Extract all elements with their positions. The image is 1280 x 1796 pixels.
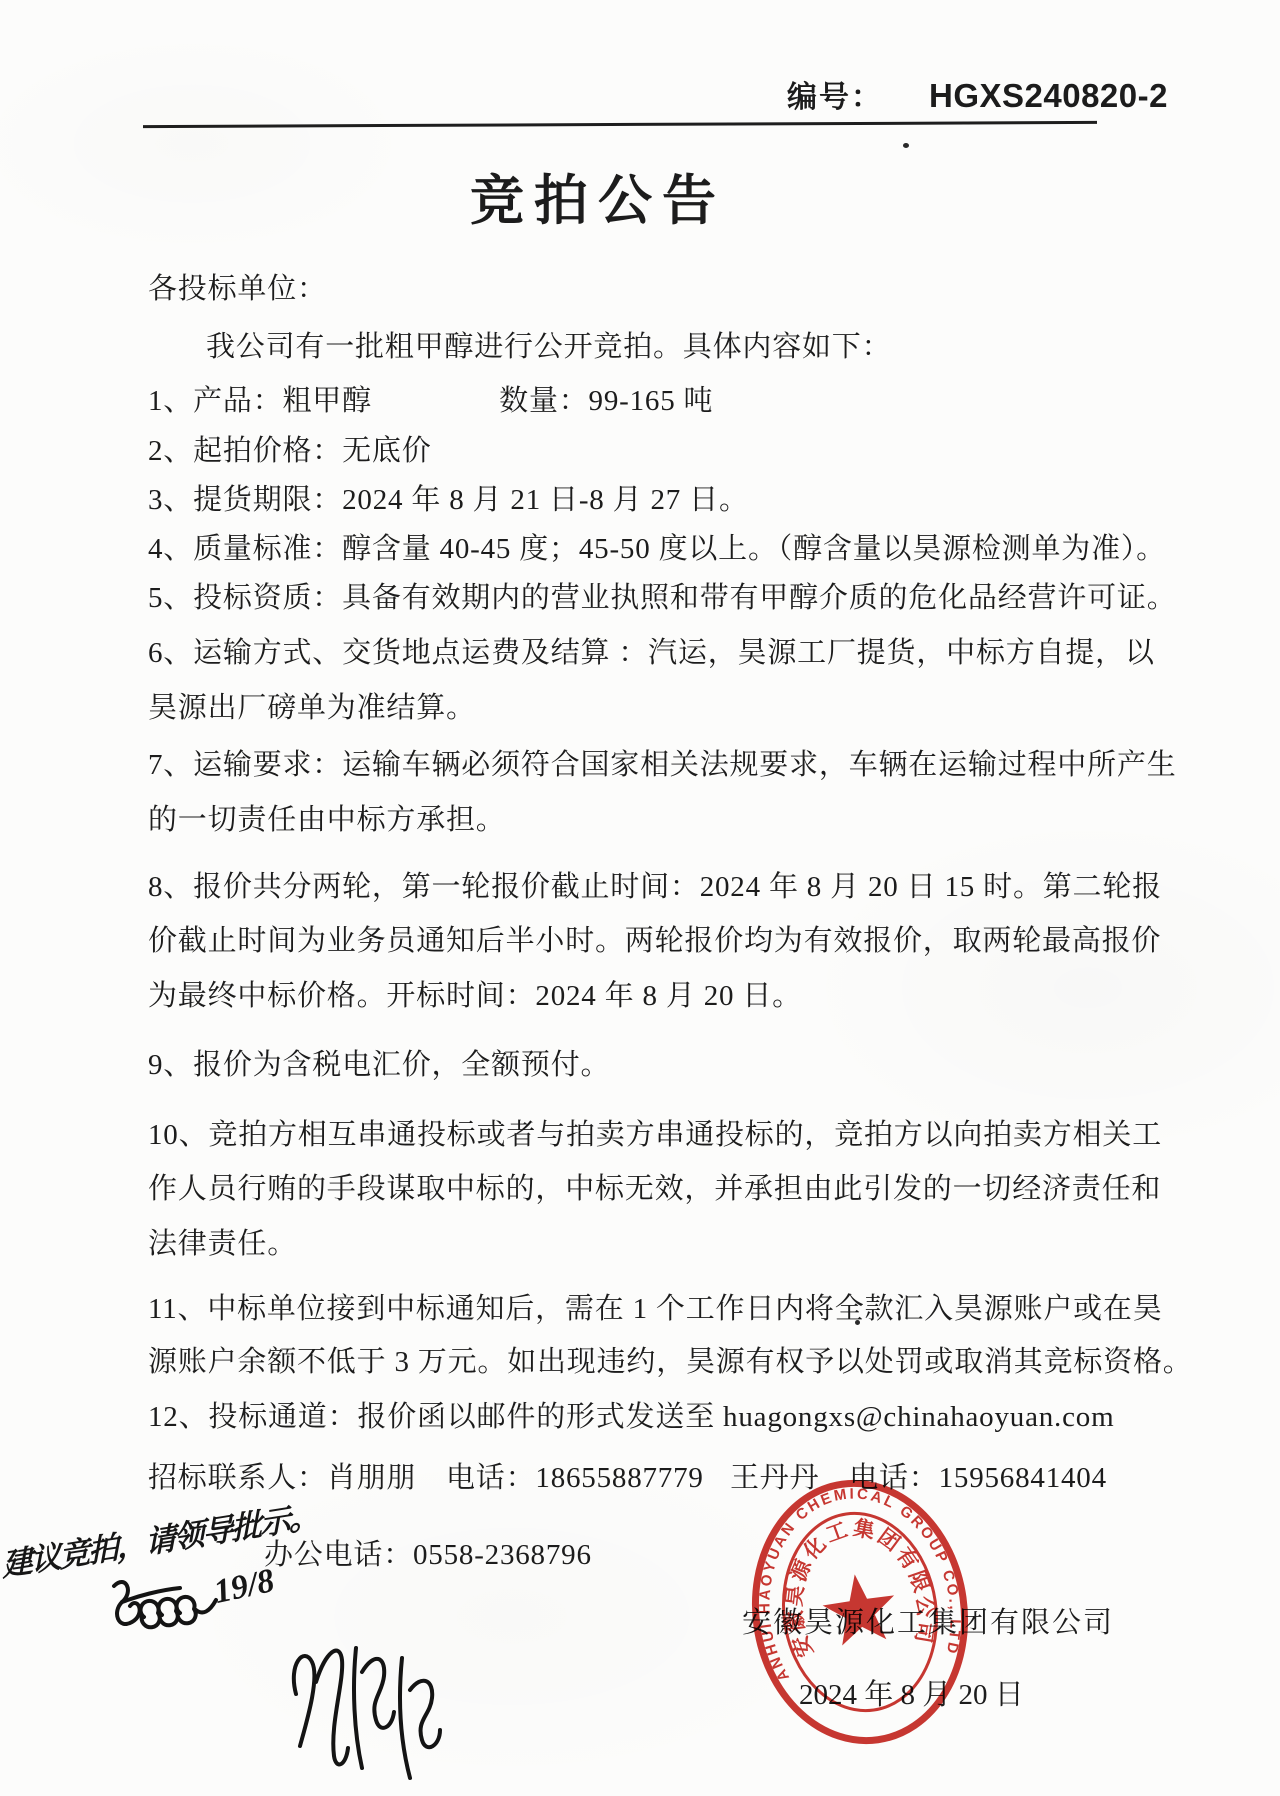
- seal-star-icon: [819, 1569, 900, 1647]
- company-seal: ANHUI HAOYUAN CHEMICAL GROUP CO., LTD 安徽…: [710, 1442, 1010, 1782]
- page-title: 竞拍公告: [148, 158, 1048, 235]
- salutation: 各投标单位：: [148, 266, 327, 307]
- body-line-5: 5、投标资质：具备有效期内的营业执照和带有甲醇介质的危化品经营许可证。: [148, 575, 1177, 616]
- body-line-2: 2、起拍价格：无底价: [148, 428, 432, 469]
- contact-primary: 招标联系人：肖朋朋 电话：18655887779: [148, 1455, 704, 1496]
- signature-scribble-left: [108, 1572, 258, 1650]
- body-line-11: 11、中标单位接到中标通知后，需在 1 个工作日内将全款汇入昊源账户或在昊: [148, 1286, 1163, 1327]
- body-line-10b: 作人员行贿的手段谋取中标的，中标无效，并承担由此引发的一切经济责任和: [148, 1166, 1161, 1207]
- body-line-12: 12、投标通道：报价函以邮件的形式发送至 huagongxs@chinahaoy…: [148, 1394, 1114, 1435]
- body-line-9: 9、报价为含税电汇价，全额预付。: [148, 1042, 610, 1083]
- scanned-auction-notice: 编号： HGXS240820-2 竞拍公告 各投标单位： 我公司有一批粗甲醇进行…: [0, 0, 1280, 1796]
- body-line-6b: 昊源出厂磅单为准结算。: [148, 685, 476, 726]
- body-line-6: 6、运输方式、交货地点运费及结算 ：汽运，昊源工厂提货，中标方自提，以: [148, 630, 1155, 671]
- body-line-7: 7、运输要求：运输车辆必须符合国家相关法规要求，车辆在运输过程中所产生: [148, 742, 1177, 783]
- body-line-1: 1、产品：粗甲醇 数量：99-165 吨: [148, 378, 713, 419]
- body-line-10: 10、竞拍方相互串通投标或者与拍卖方串通投标的，竞拍方以向拍卖方相关工: [148, 1112, 1162, 1153]
- doc-number-label: 编号：: [787, 72, 883, 116]
- office-phone: 办公电话：0558-2368796: [264, 1532, 592, 1573]
- doc-number: 编号： HGXS240820-2: [787, 72, 1168, 116]
- intro-line: 我公司有一批粗甲醇进行公开竞拍。具体内容如下：: [206, 324, 891, 365]
- body-line-8: 8、报价共分两轮，第一轮报价截止时间：2024 年 8 月 20 日 15 时。…: [148, 864, 1162, 905]
- body-line-7b: 的一切责任由中标方承担。: [148, 797, 506, 838]
- body-line-4: 4、质量标准：醇含量 40-45 度；45-50 度以上。（醇含量以昊源检测单为…: [148, 526, 1166, 567]
- body-line-11b: 源账户余额不低于 3 万元。如出现违约，昊源有权予以处罚或取消其竞标资格。: [148, 1339, 1193, 1380]
- ink-speck: [903, 143, 909, 148]
- body-line-10c: 法律责任。: [148, 1221, 297, 1262]
- signature-scribble-center: [282, 1628, 452, 1784]
- body-line-8c: 为最终中标价格。开标时间：2024 年 8 月 20 日。: [148, 973, 802, 1014]
- body-line-8b: 价截止时间为业务员通知后半小时。两轮报价均为有效报价，取两轮最高报价: [148, 918, 1161, 959]
- doc-number-value: HGXS240820-2: [929, 77, 1168, 115]
- body-line-3: 3、提货期限：2024 年 8 月 21 日-8 月 27 日。: [148, 477, 749, 518]
- header-rule: [143, 121, 1097, 128]
